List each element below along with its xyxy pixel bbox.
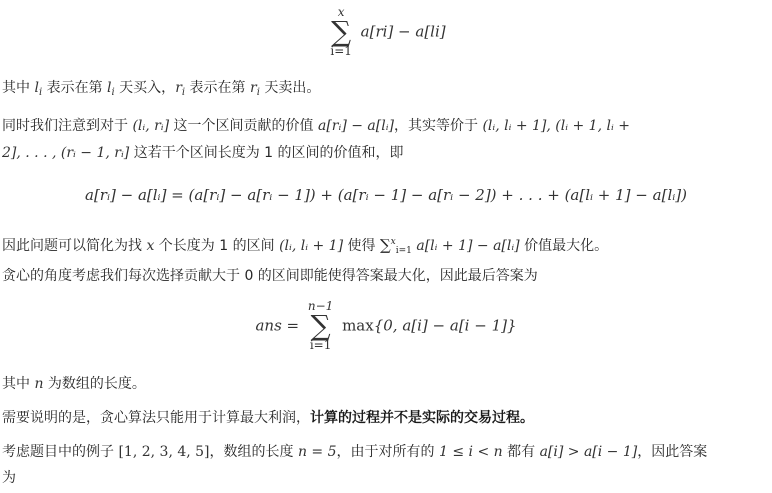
- sigma-symbol: ∑: [308, 313, 333, 339]
- text: 其中: [2, 80, 34, 96]
- sum-lower-limit: i=1: [330, 45, 352, 58]
- paragraph-example-line2: 为: [2, 468, 16, 488]
- max-function: max: [342, 317, 374, 335]
- text: 为数组的长度。: [43, 376, 145, 392]
- paragraph-buy-sell-def: 其中 li 表示在第 li 天买入，ri 表示在第 ri 天卖出。: [2, 78, 320, 103]
- paragraph-greedy: 贪心的角度考虑我们每次选择贡献大于 0 的区间即能使得答案最大化，因此最后答案为: [2, 266, 538, 286]
- math-sum-body: a[lᵢ + 1] − a[lᵢ]: [412, 238, 520, 254]
- text: 表示在第: [185, 80, 250, 96]
- formula3-lhs: ans =: [255, 317, 303, 335]
- math-interval: (lᵢ, lᵢ + 1]: [279, 238, 343, 254]
- sum-lower-limit: i=1: [308, 339, 333, 352]
- math-array: [1, 2, 3, 4, 5]: [118, 444, 209, 460]
- text: ，因此答案: [637, 444, 707, 460]
- formula1-body: a[ri] − a[li]: [361, 23, 446, 41]
- paragraph-note: 需要说明的是，贪心算法只能用于计算最大利润，计算的过程并不是实际的交易过程。: [2, 408, 534, 428]
- paragraph-interval-equivalence-line1: 同时我们注意到对于 (lᵢ, rᵢ] 这一个区间贡献的价值 a[rᵢ] − a[…: [2, 116, 630, 136]
- text: 考虑题目中的例子: [2, 444, 118, 460]
- sigma-symbol: ∑: [330, 19, 352, 45]
- math-value: a[rᵢ] − a[lᵢ]: [318, 118, 394, 134]
- text: ，数组的长度: [210, 444, 298, 460]
- text: 个长度为 1 的区间: [154, 238, 279, 254]
- text: 价值最大化。: [520, 238, 608, 254]
- text: 同时我们注意到对于: [2, 118, 132, 134]
- paragraph-n-def: 其中 n 为数组的长度。: [2, 374, 146, 394]
- text: 使得: [343, 238, 380, 254]
- text: ，其实等价于: [394, 118, 482, 134]
- formula3-body: {0, a[i] − a[i − 1]}: [374, 317, 517, 335]
- math-interval: (lᵢ, rᵢ]: [132, 118, 169, 134]
- text: 其中: [2, 376, 34, 392]
- math-r: ri: [175, 80, 185, 96]
- inline-sum: ∑xi=1: [380, 236, 412, 254]
- text: ，由于对所有的: [337, 444, 439, 460]
- text: 表示在第: [42, 80, 107, 96]
- sigma-block: x ∑ i=1: [330, 6, 352, 58]
- formula-telescoping: a[rᵢ] − a[lᵢ] = (a[rᵢ] − a[rᵢ − 1]) + (a…: [0, 186, 772, 204]
- sigma-block: n−1 ∑ i=1: [308, 300, 333, 352]
- math-l: li: [107, 80, 115, 96]
- math-l: li: [34, 80, 42, 96]
- math-comparison: a[i] > a[i − 1]: [540, 444, 638, 460]
- formula-answer: ans = n−1 ∑ i=1 max{0, a[i] − a[i − 1]}: [0, 300, 772, 352]
- math-intervals-cont: 2], . . . , (rᵢ − 1, rᵢ]: [2, 145, 129, 161]
- text: 天买入，: [115, 80, 175, 96]
- math-inequality: 1 ≤ i < n: [439, 444, 503, 460]
- math-n-equals: n = 5: [298, 444, 337, 460]
- formula2-body: a[rᵢ] − a[lᵢ] = (a[rᵢ] − a[rᵢ − 1]) + (a…: [85, 186, 687, 204]
- paragraph-example-line1: 考虑题目中的例子 [1, 2, 3, 4, 5]，数组的长度 n = 5，由于对…: [2, 442, 707, 462]
- text: 需要说明的是，贪心算法只能用于计算最大利润，: [2, 410, 310, 426]
- formula-sum-profit: x ∑ i=1 a[ri] − a[li]: [0, 6, 772, 58]
- text: 天卖出。: [260, 80, 320, 96]
- paragraph-simplify: 因此问题可以简化为找 x 个长度为 1 的区间 (lᵢ, lᵢ + 1] 使得 …: [2, 232, 608, 261]
- text: 这一个区间贡献的价值: [169, 118, 318, 134]
- paragraph-interval-equivalence-line2: 2], . . . , (rᵢ − 1, rᵢ] 这若干个区间长度为 1 的区间…: [2, 143, 404, 163]
- text: 因此问题可以简化为找: [2, 238, 146, 254]
- math-intervals: (lᵢ, lᵢ + 1], (lᵢ + 1, lᵢ +: [482, 118, 630, 134]
- text: 都有: [503, 444, 540, 460]
- math-r: ri: [250, 80, 260, 96]
- text: 这若干个区间长度为 1 的区间的价值和，即: [129, 145, 403, 161]
- bold-note: 计算的过程并不是实际的交易过程。: [310, 410, 534, 426]
